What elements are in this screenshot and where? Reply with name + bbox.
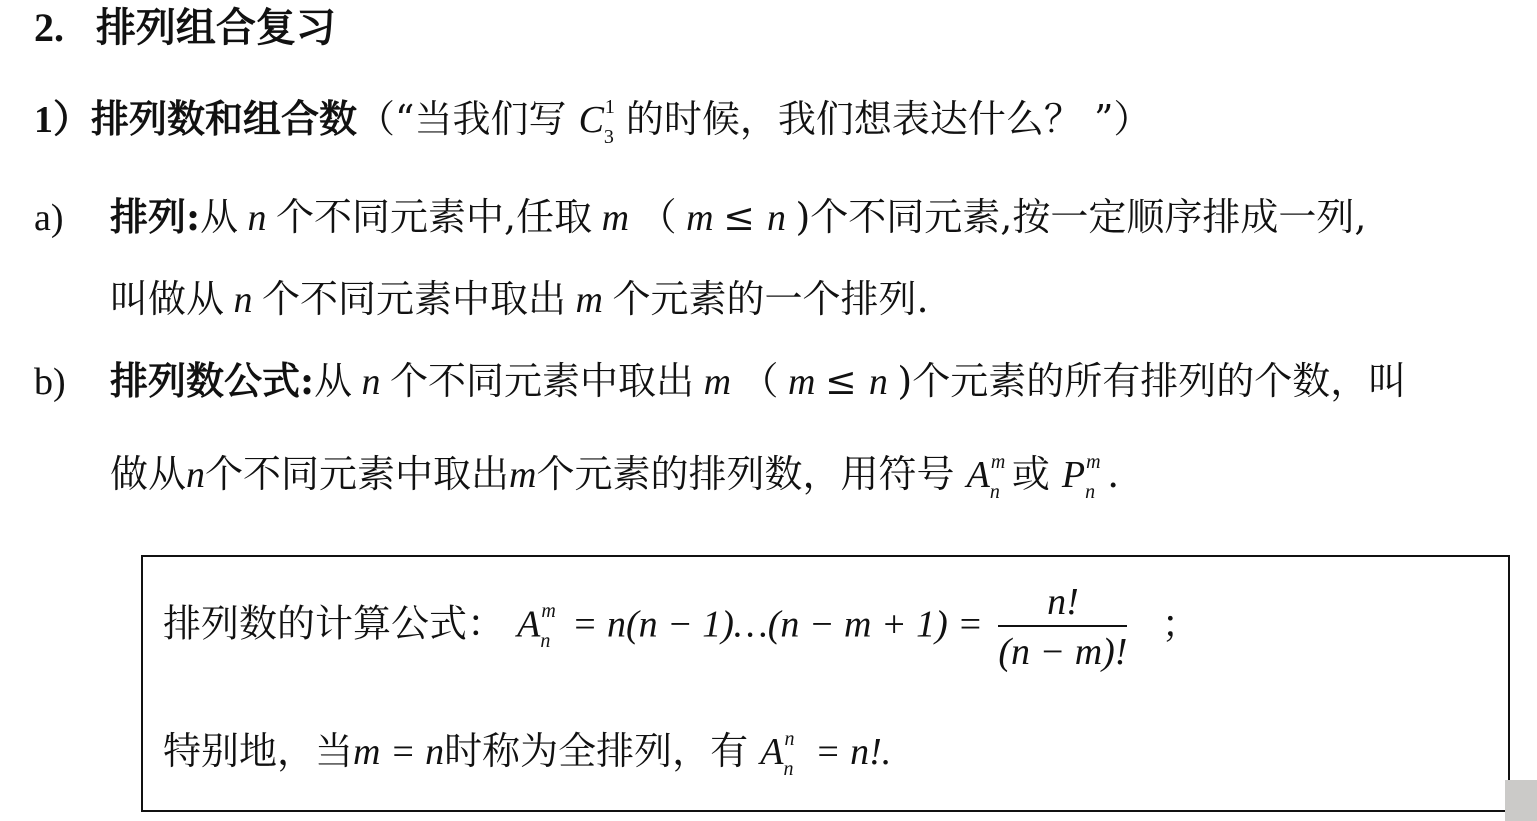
formula-box: 排列数的计算公式： Amn = n(n − 1)…(n − m + 1) = n… (141, 555, 1510, 812)
text-run: 个元素的一个排列. (612, 277, 928, 321)
math-variable: n (767, 197, 796, 239)
subsection-note-prefix: （“当我们写 (357, 97, 566, 141)
item-b-term: 排列数公式: (110, 358, 314, 403)
text-run: 叫做从 (110, 277, 224, 321)
item-b-line1: b)排列数公式:从 n 个不同元素中取出 m （ m ≤ n )个元素的所有排列… (34, 362, 1406, 401)
section-heading: 2. 排列组合复习 (34, 8, 336, 48)
math-variable: n (224, 279, 262, 321)
math-variable: n (869, 361, 898, 403)
symbol-p-base: P (1062, 454, 1085, 496)
item-b-label: b) (34, 363, 110, 401)
section-title: 排列组合复习 (96, 4, 336, 51)
text-run: 从 (200, 195, 238, 239)
subsection-heading: 1）排列数和组合数（“当我们写 C13的时候，我们想表达什么？ ”） (34, 100, 1151, 143)
subsection-title: 排列数和组合数 (91, 96, 357, 141)
subsection-note-suffix: 的时候，我们想表达什么？ ”） (626, 97, 1152, 141)
math-variable: m (677, 197, 723, 239)
subsection-number: 1） (34, 99, 91, 141)
symbol-a-base: A (967, 454, 990, 496)
math-variable: m (566, 279, 612, 321)
text-run: 个不同元素中取出 (390, 359, 694, 403)
math-variable: m (694, 361, 740, 403)
item-a-text1: 从 n 个不同元素中,任取 m （ m ≤ n )个不同元素,按一定顺序排成一列… (200, 195, 1366, 239)
text-run: （ (639, 195, 677, 239)
section-number: 2. (34, 5, 64, 50)
math-variable: n (238, 197, 276, 239)
formula-symbol-indices: mn (540, 607, 562, 647)
item-a-line2: 叫做从 n 个不同元素中取出 m 个元素的一个排列. (110, 280, 929, 319)
special-symbol-indices: nn (783, 735, 805, 775)
text-run: 从 (314, 359, 352, 403)
text-run: ≤ (723, 195, 767, 239)
symbol-c-base: C (579, 99, 604, 141)
item-a-term: 排列: (110, 194, 200, 239)
symbol-p-indices: mn (1085, 458, 1107, 498)
symbol-c-indices: 13 (604, 103, 626, 143)
scrollbar-thumb[interactable] (1505, 780, 1537, 821)
formula-line: 排列数的计算公式： Amn = n(n − 1)…(n − m + 1) = n… (163, 583, 1200, 671)
text-run: )个不同元素,按一定顺序排成一列, (795, 195, 1366, 239)
item-a-text2: 叫做从 n 个不同元素中取出 m 个元素的一个排列. (110, 277, 929, 321)
item-a-label: a) (34, 199, 110, 237)
text-run: 个不同元素中取出 (262, 277, 566, 321)
math-variable: n (352, 361, 390, 403)
formula-expression: = n(n − 1)…(n − m + 1) = (562, 604, 992, 646)
formula-fraction: n!(n − m)! (998, 583, 1127, 671)
item-a-line1: a)排列:从 n 个不同元素中,任取 m （ m ≤ n )个不同元素,按一定顺… (34, 198, 1366, 237)
item-b-text1: 从 n 个不同元素中取出 m （ m ≤ n )个元素的所有排列的个数，叫 (314, 359, 1406, 403)
formula-label: 排列数的计算公式： (163, 602, 505, 646)
math-variable: m (779, 361, 825, 403)
symbol-a-indices: mn (990, 458, 1012, 498)
text-run: 个不同元素中,任取 (276, 195, 592, 239)
special-case-line: 特别地，当m = n时称为全排列，有 Ann = n!. (163, 732, 891, 775)
text-run: （ (741, 359, 779, 403)
text-run: )个元素的所有排列的个数，叫 (897, 359, 1406, 403)
item-b-line2: 做从n个不同元素中取出m个元素的排列数，用符号 Amn或 Pmn. (110, 455, 1119, 498)
math-variable: m (592, 197, 638, 239)
text-run: ≤ (825, 359, 869, 403)
